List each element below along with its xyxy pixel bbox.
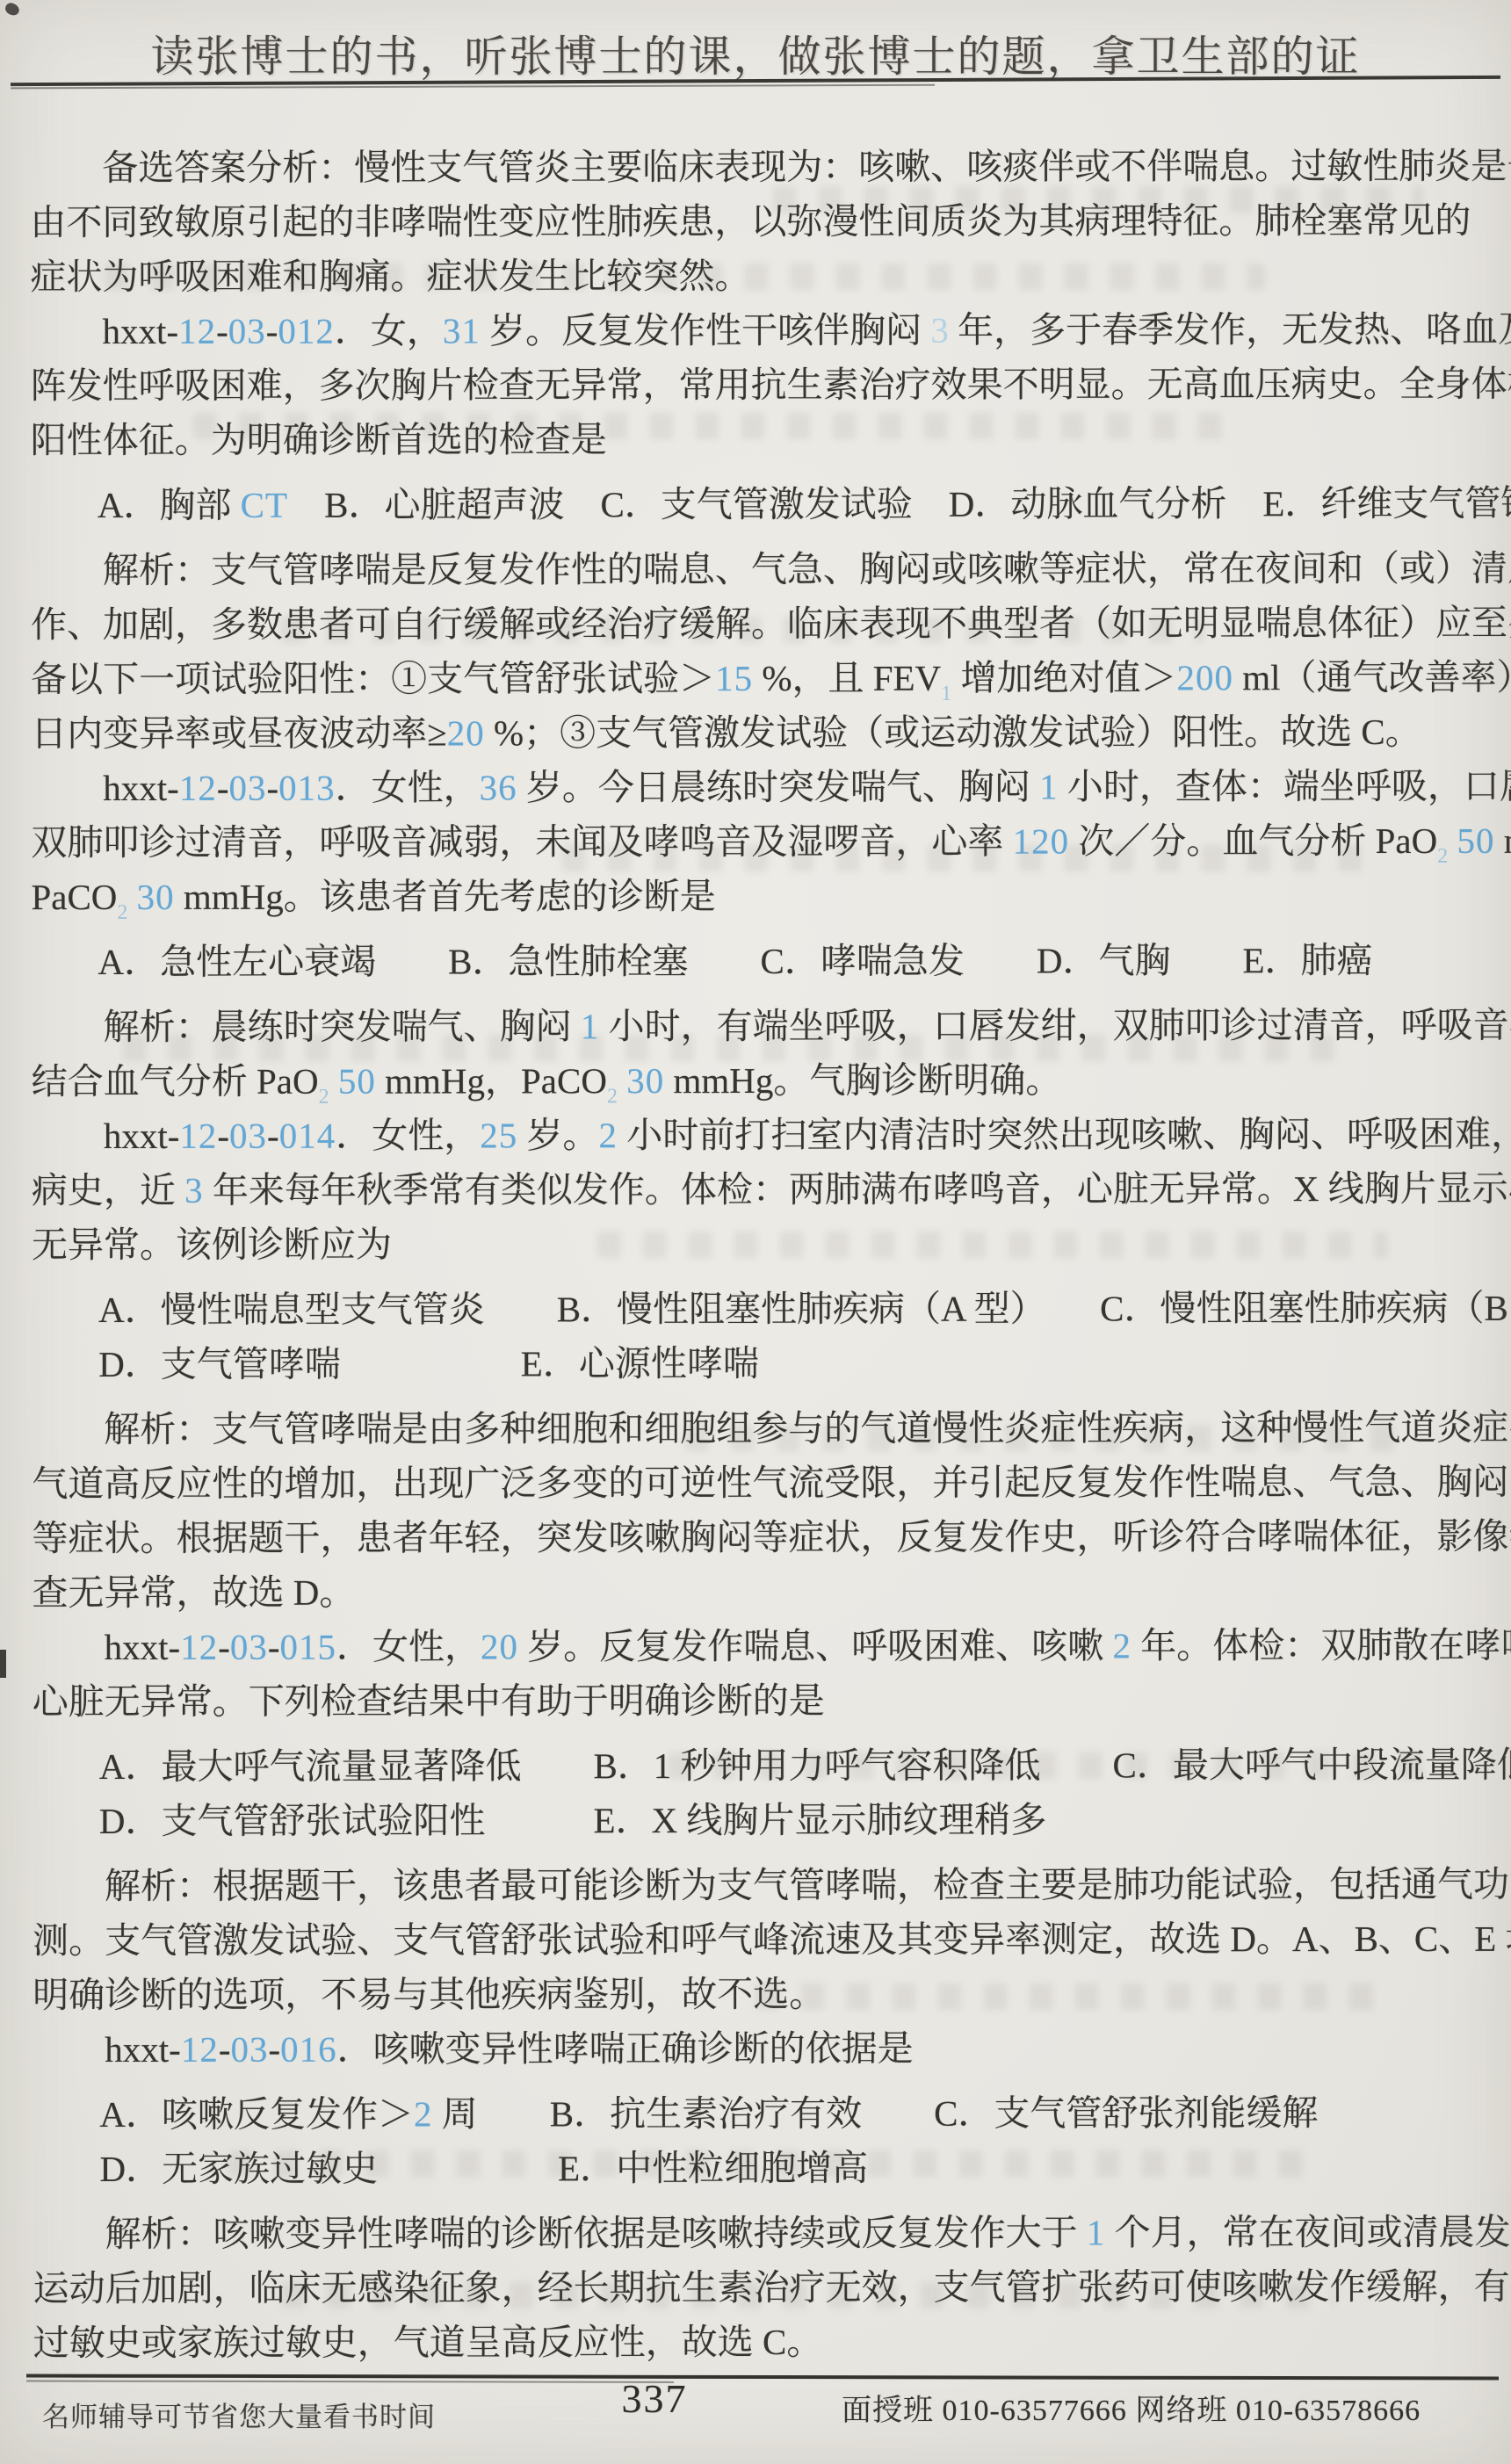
- text-run: -: [267, 1116, 279, 1156]
- text-run: 过敏史或家族过敏史，气道呈高反应性，故选 C。: [33, 2322, 823, 2363]
- text-line: 双肺叩诊过清音，呼吸音减弱，未闻及哮鸣音及湿啰音，心率 120 次／分。血气分析…: [31, 813, 1484, 870]
- text-run: PaCO: [31, 877, 117, 917]
- text-line: 日内变异率或昼夜波动率≥20 %；③支气管激发试验（或运动激发试验）阳性。故选 …: [31, 705, 1484, 761]
- text-line: 运动后加剧，临床无感染征象，经长期抗生素治疗无效，支气管扩张药可使咳嗽发作缓解，…: [33, 2259, 1486, 2316]
- blue-filled-number: 12: [180, 1627, 218, 1667]
- text-run: mmHg，PaCO: [376, 1060, 607, 1101]
- text-run: 无异常。该例诊断应为: [32, 1225, 392, 1266]
- text-line: 无异常。该例诊断应为: [32, 1216, 1485, 1272]
- blue-filled-number: 014: [279, 1116, 336, 1156]
- text-run: -: [217, 1116, 229, 1156]
- blue-filled-number: 20: [481, 1626, 518, 1666]
- blue-filled-number: 12: [181, 2029, 219, 2070]
- blue-filled-number: 2: [1112, 1625, 1131, 1666]
- text-run: -: [266, 768, 278, 808]
- text-run: ．女性，: [336, 767, 480, 807]
- blue-filled-number: 1: [581, 1006, 600, 1046]
- blue-filled-number: CT: [241, 485, 288, 525]
- text-run: A．慢性喘息型支气管炎 B．慢性阻塞性肺疾病（A 型） C．慢性阻塞性肺疾病（B…: [98, 1288, 1511, 1330]
- text-run: A．胸部: [98, 485, 241, 525]
- text-run: 备以下一项试验阳性：①支气管舒张试验＞: [31, 658, 715, 699]
- text-run: -: [218, 1627, 230, 1667]
- blue-filled-number: 03: [228, 311, 266, 351]
- blue-filled-number: 12: [179, 768, 217, 808]
- text-run: 解析：支气管哮喘是由多种细胞和细胞组参与的气道慢性炎症性疾病，这种慢性气道炎症导…: [104, 1407, 1511, 1449]
- text-run: mmHg。该患者首先考虑的诊断是: [175, 876, 716, 917]
- text-line: 病史，近 3 年来每年秋季常有类似发作。体检：两肺满布哮鸣音，心脏无异常。X 线…: [32, 1161, 1485, 1218]
- text-line: hxxt-12-03-016．咳嗽变异性哮喘正确诊断的依据是: [33, 2020, 1486, 2077]
- text-run: 岁。反复发作喘息、呼吸困难、咳嗽: [518, 1625, 1113, 1666]
- text-run: -: [216, 311, 228, 351]
- text-line: hxxt-12-03-013．女性，36 岁。今日晨练时突发喘气、胸闷 1 小时…: [31, 759, 1484, 815]
- text-line: 测。支气管激发试验、支气管舒张试验和呼气峰流速及其变异率测定，故选 D。A、B、…: [33, 1911, 1486, 1968]
- text-run: -: [268, 1627, 280, 1667]
- text-run: [1448, 820, 1457, 861]
- text-run: 岁。今日晨练时突发喘气、胸闷: [517, 767, 1040, 808]
- text-line: 阵发性呼吸困难，多次胸片检查无异常，常用抗生素治疗效果不明显。无高血压病史。全身…: [31, 357, 1484, 413]
- text-run: A．最大呼气流量显著降低 B．1 秒钟用力呼气容积降低 C．最大呼气中段流量降低: [99, 1745, 1511, 1787]
- blue-filled-number: 015: [279, 1627, 336, 1667]
- text-run: -: [219, 2029, 231, 2070]
- text-line: 气道高反应性的增加，出现广泛多变的可逆性气流受限，并引起反复发作性喘息、气急、胸…: [32, 1455, 1485, 1511]
- text-run: 明确诊断的选项，不易与其他疾病鉴别，故不选。: [33, 1974, 825, 2015]
- scan-artifact: [0, 1650, 6, 1678]
- text-run: 作、加剧，多数患者可自行缓解或经治疗缓解。临床表现不典型者（如无明显喘息体征）应…: [31, 603, 1511, 645]
- text-run: 解析：根据题干，该患者最可能诊断为支气管哮喘，检查主要是肺功能试验，包括通气功能…: [105, 1864, 1511, 1906]
- text-run: 等症状。根据题干，患者年轻，突发咳嗽胸闷等症状，反复发作史，听诊符合哮喘体征，影…: [32, 1516, 1511, 1558]
- text-run: 增加绝对值＞: [951, 657, 1176, 697]
- text-run: %；③支气管激发试验（或运动激发试验）阳性。故选 C。: [485, 712, 1421, 753]
- text-line: PaCO2 30 mmHg。该患者首先考虑的诊断是: [31, 868, 1484, 924]
- text-run: hxxt-: [104, 1116, 180, 1156]
- text-line: 解析：支气管哮喘是由多种细胞和细胞组参与的气道慢性炎症性疾病，这种慢性气道炎症导…: [32, 1400, 1485, 1456]
- text-line: 查无异常，故选 D。: [32, 1564, 1485, 1620]
- text-run: mmHg。气胸诊断明确。: [664, 1060, 1061, 1102]
- text-run: 病史，近: [32, 1170, 184, 1210]
- blue-filled-number: 1: [1087, 2212, 1106, 2252]
- text-run: 小时前打扫室内清洁时突然出现咳嗽、胸闷、呼吸困难，追问: [618, 1114, 1511, 1156]
- text-run: [618, 1060, 626, 1101]
- text-run: 备选答案分析：慢性支气管炎主要临床表现为：咳嗽、咳痰伴或不伴喘息。过敏性肺炎是一…: [102, 146, 1511, 188]
- text-run: 气道高反应性的增加，出现广泛多变的可逆性气流受限，并引起反复发作性喘息、气急、胸…: [32, 1462, 1511, 1504]
- footer-slogan: 名师辅导可节省您大量看书时间: [42, 2395, 436, 2434]
- blue-filled-number: 2: [598, 1115, 618, 1155]
- blue-filled-number: 31: [443, 310, 481, 350]
- blue-filled-number: 03: [229, 1116, 267, 1156]
- text-run: 阵发性呼吸困难，多次胸片检查无异常，常用抗生素治疗效果不明显。无高血压病史。全身…: [31, 364, 1511, 406]
- text-run: -: [266, 311, 278, 351]
- subscript: 2: [1437, 845, 1448, 868]
- blue-filled-number: 03: [228, 768, 266, 808]
- blue-filled-number: 016: [280, 2029, 337, 2070]
- text-run: -: [268, 2029, 280, 2070]
- footer-rule: [26, 2374, 1499, 2381]
- text-run: 年来每年秋季常有类似发作。体检：两肺满布哮鸣音，心脏无异常。X 线胸片显示心肺: [204, 1168, 1511, 1210]
- text-line: 备以下一项试验阳性：①支气管舒张试验＞15 %，且 FEV1 增加绝对值＞200…: [31, 650, 1484, 706]
- text-line: 明确诊断的选项，不易与其他疾病鉴别，故不选。: [33, 1966, 1486, 2022]
- text-run: 个月，常在夜间或清晨发作，: [1105, 2212, 1511, 2253]
- blue-filled-number: 03: [230, 1627, 268, 1667]
- subscript: 2: [319, 1086, 329, 1109]
- text-run: 日内变异率或昼夜波动率≥: [31, 712, 447, 754]
- scan-artifact: [4, 1, 21, 17]
- text-run: %，且 FEV: [753, 658, 941, 698]
- blue-filled-number: 03: [230, 2029, 268, 2070]
- text-line: 解析：晨练时突发喘气、胸闷 1 小时，有端坐呼吸，口唇发绀，双肺叩诊过清音，呼吸…: [32, 998, 1485, 1054]
- text-run: 症状为呼吸困难和胸痛。症状发生比较突然。: [30, 256, 750, 297]
- subscript: 1: [941, 683, 951, 705]
- text-run: 双肺叩诊过清音，呼吸音减弱，未闻及哮鸣音及湿啰音，心率: [31, 821, 1012, 863]
- blue-filled-number: 50: [338, 1061, 376, 1102]
- blue-filled-number: 25: [480, 1115, 517, 1155]
- text-run: 岁。反复发作性干咳伴胸闷: [481, 310, 931, 351]
- text-line: 阳性体征。为明确诊断首选的检查是: [31, 411, 1484, 467]
- text-run: hxxt-: [105, 1627, 181, 1667]
- text-run: ml（通气改善率）；②PEF: [1233, 657, 1511, 698]
- text-line: 作、加剧，多数患者可自行缓解或经治疗缓解。临床表现不典型者（如无明显喘息体征）应…: [31, 596, 1484, 652]
- text-run: mmHg，: [1494, 820, 1511, 861]
- text-run: 年，多于春季发作，无发热、咯血及夜间: [949, 309, 1511, 350]
- blue-filled-number: 50: [1457, 820, 1494, 861]
- blue-filled-number: 30: [626, 1060, 664, 1101]
- text-run: ．女性，: [336, 1115, 480, 1155]
- text-run: hxxt-: [105, 2029, 181, 2070]
- options-line: A．急性左心衰竭 B．急性肺栓塞 C．哮喘急发 D．气胸 E．肺癌: [31, 933, 1484, 989]
- text-line: 心脏无异常。下列检查结果中有助于明确诊断的是: [33, 1673, 1486, 1729]
- text-run: hxxt-: [102, 311, 178, 351]
- blue-filled-number: 120: [1013, 821, 1070, 862]
- text-line: 过敏史或家族过敏史，气道呈高反应性，故选 C。: [33, 2314, 1486, 2370]
- blue-filled-number: 12: [178, 311, 216, 351]
- blue-filled-number: 2: [414, 2094, 433, 2135]
- text-run: A．急性左心衰竭 B．急性肺栓塞 C．哮喘急发 D．气胸 E．肺癌: [98, 940, 1373, 982]
- text-run: 小时，有端坐呼吸，口唇发绀，双肺叩诊过清音，呼吸音减弱，: [599, 1005, 1511, 1047]
- text-run: -: [217, 768, 229, 808]
- text-run: 结合血气分析 PaO: [32, 1061, 319, 1102]
- text-line: 解析：咳嗽变异性哮喘的诊断依据是咳嗽持续或反复发作大于 1 个月，常在夜间或清晨…: [33, 2205, 1486, 2261]
- text-run: 解析：支气管哮喘是反复发作性的喘息、气急、胸闷或咳嗽等症状，常在夜间和（或）清晨…: [103, 548, 1511, 590]
- text-run: 小时，查体：端坐呼吸，口唇发绀，: [1059, 766, 1511, 807]
- text-run: 次／分。血气分析 PaO: [1069, 820, 1437, 862]
- text-line: hxxt-12-03-015．女性，20 岁。反复发作喘息、呼吸困难、咳嗽 2 …: [33, 1618, 1486, 1674]
- text-run: 解析：咳嗽变异性哮喘的诊断依据是咳嗽持续或反复发作大于: [105, 2212, 1087, 2254]
- blue-filled-number: 012: [278, 311, 335, 351]
- text-run: D．支气管舒张试验阳性 E．X 线胸片显示肺纹理稍多: [99, 1800, 1047, 1842]
- blue-filled-number: 20: [447, 712, 485, 753]
- text-run: ．咳嗽变异性哮喘正确诊断的依据是: [337, 2028, 914, 2070]
- text-line: 症状为呼吸困难和胸痛。症状发生比较突然。: [30, 248, 1483, 304]
- text-line: 等症状。根据题干，患者年轻，突发咳嗽胸闷等症状，反复发作史，听诊符合哮喘体征，影…: [32, 1509, 1485, 1565]
- options-line: A．慢性喘息型支气管炎 B．慢性阻塞性肺疾病（A 型） C．慢性阻塞性肺疾病（B…: [32, 1281, 1485, 1337]
- text-line: 备选答案分析：慢性支气管炎主要临床表现为：咳嗽、咳痰伴或不伴喘息。过敏性肺炎是一…: [30, 139, 1483, 195]
- options-line: A．咳嗽反复发作＞2 周 B．抗生素治疗有效 C．支气管舒张剂能缓解: [33, 2085, 1486, 2142]
- text-run: 测。支气管激发试验、支气管舒张试验和呼气峰流速及其变异率测定，故选 D。A、B、…: [33, 1918, 1511, 1962]
- blue-filled-number: 30: [137, 877, 175, 917]
- text-run: 由不同致敏原引起的非哮喘性变应性肺疾患，以弥漫性间质炎为其病理特征。肺栓塞常见的: [30, 200, 1471, 242]
- subscript: 2: [117, 901, 127, 924]
- subscript: 2: [607, 1085, 618, 1108]
- options-line: D．支气管哮喘 E．心源性哮喘: [32, 1335, 1485, 1391]
- blue-filled-number: 1: [1039, 767, 1059, 807]
- options-line: A．胸部 CT B．心脏超声波 C．支气管激发试验 D．动脉血气分析 E．纤维支…: [31, 476, 1484, 532]
- text-run: ．女性，: [336, 1626, 481, 1666]
- text-run: B．心脏超声波 C．支气管激发试验 D．动脉血气分析 E．纤维支气管镜: [288, 483, 1511, 525]
- text-line: 由不同致敏原引起的非哮喘性变应性肺疾患，以弥漫性间质炎为其病理特征。肺栓塞常见的: [30, 193, 1483, 249]
- page-body: 备选答案分析：慢性支气管炎主要临床表现为：咳嗽、咳痰伴或不伴喘息。过敏性肺炎是一…: [30, 139, 1486, 2370]
- text-run: D．无家族过敏史 E．中性粒细胞增高: [99, 2148, 868, 2189]
- text-line: 解析：支气管哮喘是反复发作性的喘息、气急、胸闷或咳嗽等症状，常在夜间和（或）清晨…: [31, 541, 1484, 597]
- text-run: 年。体检：双肺散在哮鸣音，: [1131, 1625, 1511, 1666]
- text-run: D．支气管哮喘 E．心源性哮喘: [98, 1343, 759, 1384]
- text-run: 心脏无异常。下列检查结果中有助于明确诊断的是: [33, 1680, 825, 1722]
- blue-filled-number: 200: [1176, 657, 1233, 697]
- blue-filled-number: 15: [715, 658, 753, 698]
- blue-filled-number: 3: [930, 310, 949, 350]
- text-line: 结合血气分析 PaO2 50 mmHg，PaCO2 30 mmHg。气胸诊断明确…: [32, 1052, 1485, 1109]
- scanned-book-page: { "page": { "background": "#e9e7e2", "in…: [0, 0, 1511, 2464]
- text-line: hxxt-12-03-014．女性，25 岁。2 小时前打扫室内清洁时突然出现咳…: [32, 1107, 1485, 1163]
- text-run: 运动后加剧，临床无感染征象，经长期抗生素治疗无效，支气管扩张药可使咳嗽发作缓解，…: [33, 2266, 1511, 2309]
- footer-contact: 面授班 010-63577666 网络班 010-63578666: [842, 2386, 1421, 2429]
- text-run: 岁。: [517, 1115, 598, 1155]
- page-number: 337: [615, 2375, 694, 2422]
- text-run: hxxt-: [103, 768, 179, 808]
- text-run: [329, 1061, 338, 1102]
- options-line: A．最大呼气流量显著降低 B．1 秒钟用力呼气容积降低 C．最大呼气中段流量降低: [33, 1738, 1486, 1794]
- blue-filled-number: 013: [278, 768, 336, 808]
- blue-filled-number: 36: [480, 767, 517, 807]
- text-run: 周 B．抗生素治疗有效 C．支气管舒张剂能缓解: [432, 2092, 1318, 2134]
- text-run: 查无异常，故选 D。: [33, 1572, 356, 1614]
- text-run: A．咳嗽反复发作＞: [99, 2094, 414, 2135]
- text-line: 解析：根据题干，该患者最可能诊断为支气管哮喘，检查主要是肺功能试验，包括通气功能…: [33, 1857, 1486, 1913]
- text-run: [127, 877, 136, 917]
- blue-filled-number: 12: [179, 1116, 217, 1156]
- text-line: hxxt-12-03-012．女，31 岁。反复发作性干咳伴胸闷 3 年，多于春…: [30, 302, 1483, 358]
- header-slogan: 读张博士的书，听张博士的课，做张博士的题，拿卫生部的证: [0, 23, 1511, 84]
- options-line: D．支气管舒张试验阳性 E．X 线胸片显示肺纹理稍多: [33, 1792, 1486, 1848]
- blue-filled-number: 3: [184, 1170, 204, 1210]
- text-run: 解析：晨练时突发喘气、胸闷: [104, 1006, 581, 1047]
- text-run: 阳性体征。为明确诊断首选的检查是: [31, 419, 607, 460]
- text-run: ．女，: [335, 311, 443, 351]
- options-line: D．无家族过敏史 E．中性粒细胞增高: [33, 2140, 1486, 2196]
